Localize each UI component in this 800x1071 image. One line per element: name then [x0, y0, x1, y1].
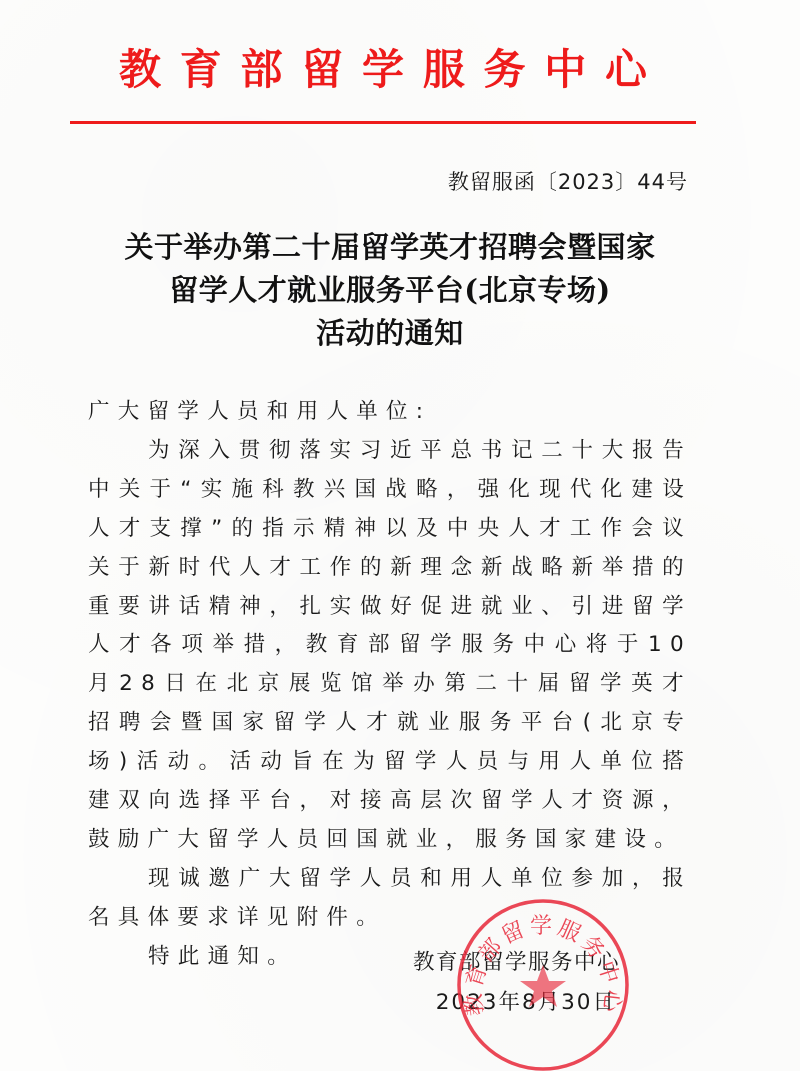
letterhead-char: 育 [179, 40, 223, 100]
title-line: 留学人才就业服务平台(北京专场) [80, 269, 700, 312]
letterhead-divider [70, 121, 696, 124]
signature-block: 教育部留学服务中心 2023年8月30日 [413, 943, 620, 1023]
title-line: 关于举办第二十届留学英才招聘会暨国家 [80, 226, 700, 269]
signature-organization: 教育部留学服务中心 [413, 943, 620, 983]
body-paragraph: 为深入贯彻落实习近平总书记二十大报告中关于“实施科教兴国战略，强化现代化建设人才… [88, 432, 692, 860]
letterhead-char: 务 [483, 40, 527, 100]
signature-date: 2023年8月30日 [413, 983, 616, 1023]
letterhead-char: 中 [543, 40, 587, 100]
letterhead-char: 教 [118, 40, 162, 100]
letterhead-char: 部 [240, 40, 284, 100]
document-page: 教 育 部 留 学 服 务 中 心 教留服函〔2023〕44号 关于举办第二十届… [0, 0, 800, 1071]
letterhead-char: 学 [361, 40, 405, 100]
letterhead-char: 心 [604, 40, 648, 100]
document-number: 教留服函〔2023〕44号 [448, 166, 688, 196]
letterhead-char: 服 [422, 40, 466, 100]
letterhead-title: 教 育 部 留 学 服 务 中 心 [118, 40, 648, 100]
title-line: 活动的通知 [80, 312, 700, 355]
document-title: 关于举办第二十届留学英才招聘会暨国家 留学人才就业服务平台(北京专场) 活动的通… [80, 226, 700, 355]
letterhead-char: 留 [300, 40, 344, 100]
document-body: 广大留学人员和用人单位: 为深入贯彻落实习近平总书记二十大报告中关于“实施科教兴… [88, 393, 692, 977]
body-paragraph: 现诚邀广大留学人员和用人单位参加，报名具体要求详见附件。 [88, 860, 692, 938]
salutation: 广大留学人员和用人单位: [88, 393, 692, 432]
